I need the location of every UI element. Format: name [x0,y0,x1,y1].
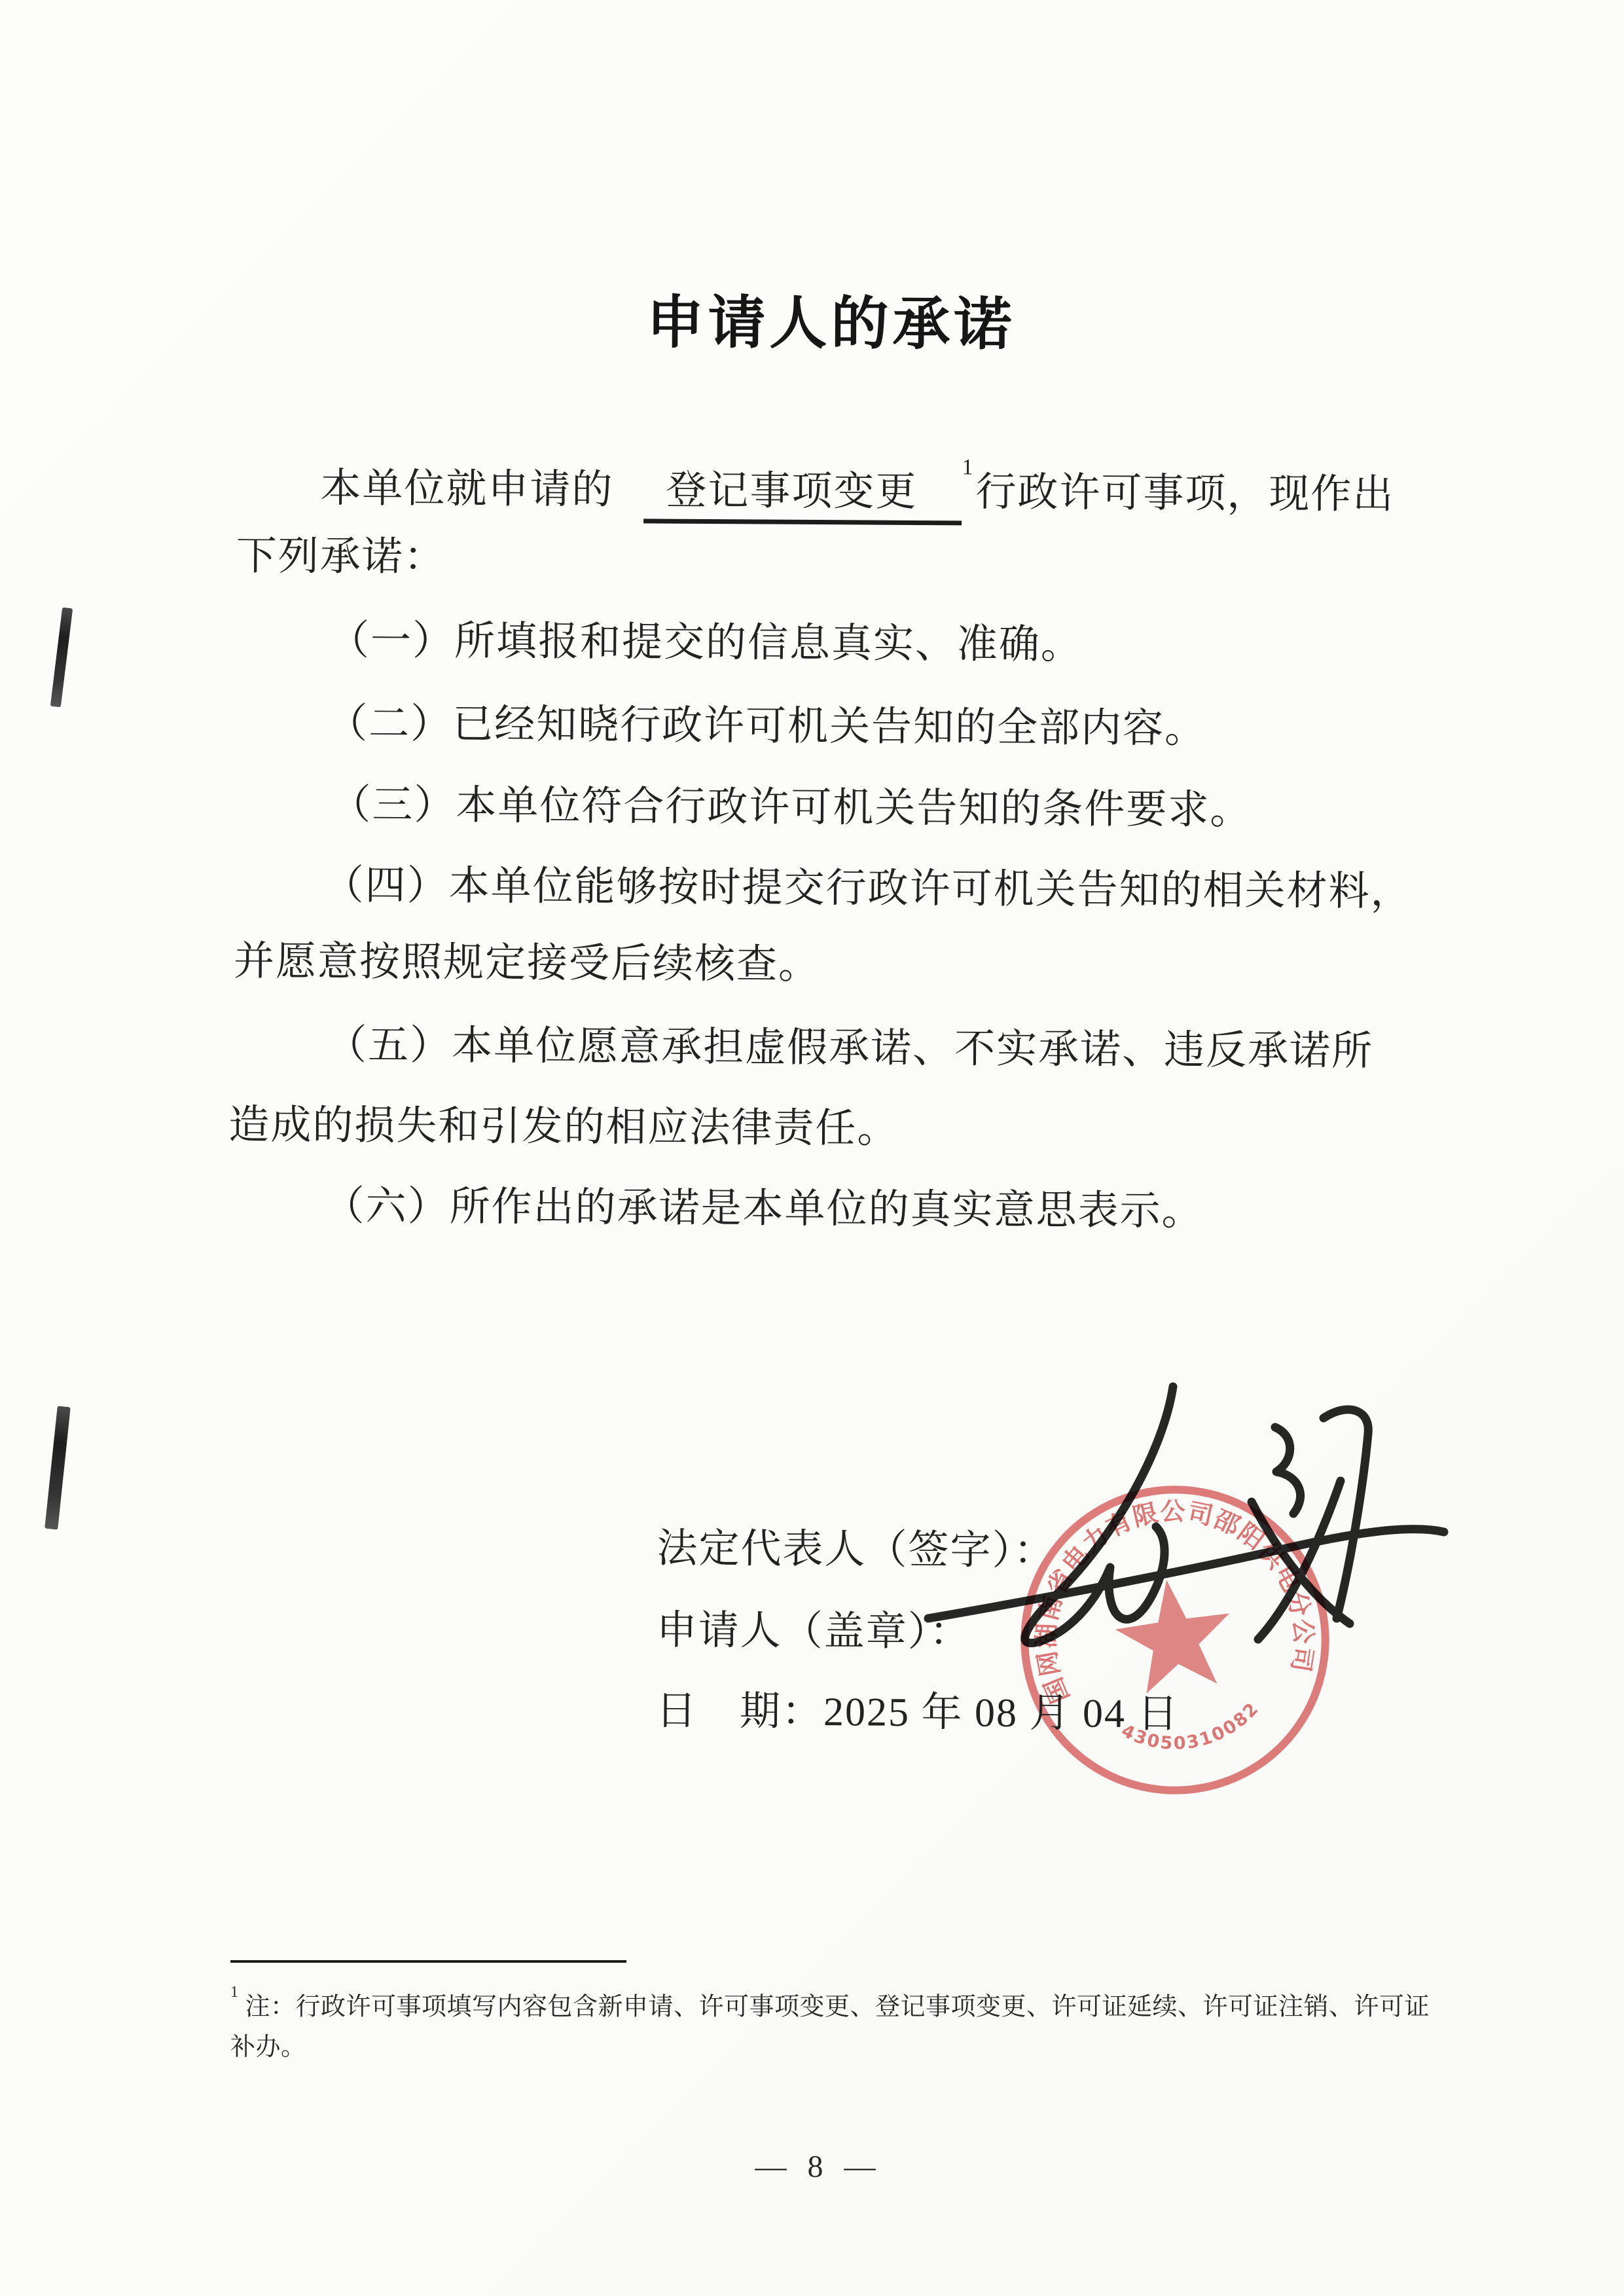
handwritten-signature [916,1362,1473,1663]
footnote-number: 1 [230,1984,239,2001]
clause-5-line-2: 造成的损失和引发的相应法律责任。 [228,1101,899,1154]
intro-suffix: 行政许可事项，现作出 [975,470,1394,517]
clause-4-line-1: （四）本单位能够按时提交行政许可机关告知的相关材料， [323,861,1412,916]
footnote-line-2: 补办。 [230,2032,306,2062]
document-page: 国网湖南省电力有限公司邵阳供电分公司 43050310082367 申请人的承诺… [0,0,1624,2296]
page-number: — 8 — [7,2149,1624,2185]
clause-2: （二）已经知晓行政许可机关告知的全部内容。 [327,699,1206,753]
clause-3: （三）本单位符合行政许可机关告知的条件要求。 [330,781,1252,835]
clause-4-line-2: 并愿意按照规定接受后续核查。 [234,938,820,989]
intro-line-1: 本单位就申请的登记事项变更1行政许可事项，现作出 [320,456,1395,528]
page-title: 申请人的承诺 [19,273,1624,365]
permit-type-blank: 登记事项变更 [643,466,962,525]
date-line: 日 期：2025 年 08 月 04 日 [656,1687,1180,1739]
intro-line-2: 下列承诺： [236,532,446,582]
footnote-divider [230,1960,626,1963]
permit-type-value: 登记事项变更 [666,468,917,514]
document-content: 申请人的承诺 本单位就申请的登记事项变更1行政许可事项，现作出 下列承诺： （一… [0,0,1624,2296]
clause-5-line-1: （五）本单位愿意承担虚假承诺、不实承诺、违反承诺所 [326,1021,1373,1076]
clause-6: （六）所作出的承诺是本单位的真实意思表示。 [323,1182,1203,1235]
clause-1: （一）所填报和提交的信息真实、准确。 [329,616,1083,669]
intro-prefix: 本单位就申请的 [320,466,613,513]
footnote-text: 注：行政许可事项填写内容包含新申请、许可事项变更、登记事项变更、许可证延续、许可… [245,1994,1430,2021]
footnote-line-1: 1注：行政许可事项填写内容包含新申请、许可事项变更、登记事项变更、许可证延续、许… [230,1986,1430,2022]
signature-strokes [928,1387,1444,1643]
footnote-ref-marker: 1 [962,455,973,479]
